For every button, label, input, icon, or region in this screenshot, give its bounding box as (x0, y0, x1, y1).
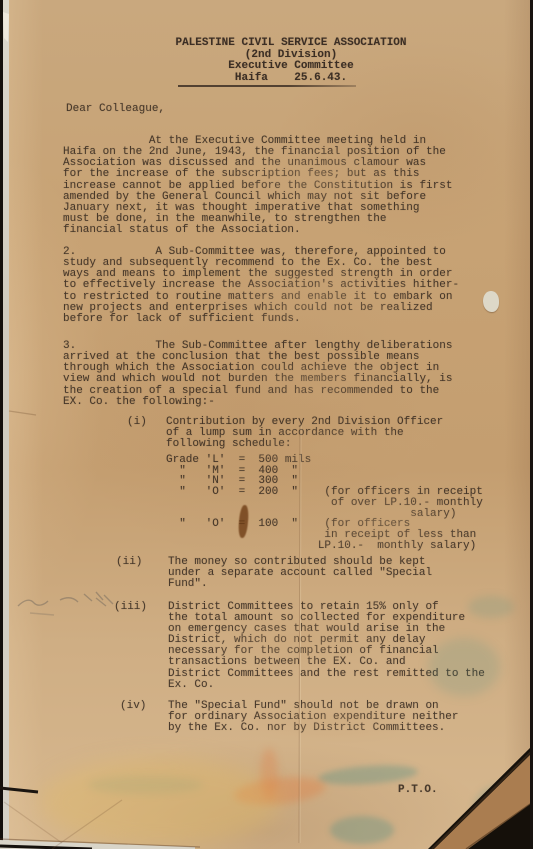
letterhead-association: PALESTINE CIVIL SERVICE ASSOCIATION (161, 38, 421, 50)
letterhead-committee: Executive Committee (161, 61, 421, 73)
item-i-label: (i) (127, 417, 147, 428)
paper-hole (483, 291, 499, 312)
item-iii-text: District Committees to retain 15% only o… (168, 602, 485, 691)
item-iv-text: The "Special Fund" should not be drawn o… (168, 701, 458, 734)
pto-note: P.T.O. (398, 785, 438, 796)
paragraph-3: 3. The Sub-Committee after lengthy delib… (63, 341, 452, 408)
salutation: Dear Colleague, (66, 104, 165, 115)
paragraph-2: 2. A Sub-Committee was, therefore, appoi… (63, 247, 459, 325)
letterhead-date: Haifa 25.6.43. (161, 73, 421, 85)
paragraph-1: At the Executive Committee meeting held … (63, 136, 452, 236)
date-underline (178, 85, 356, 87)
item-iii-label: (iii) (114, 602, 147, 613)
item-ii-label: (ii) (116, 557, 142, 568)
contribution-schedule: Grade 'L' = 500 mils " 'M' = 400 " " 'N'… (166, 455, 483, 551)
item-i-text: Contribution by every 2nd Division Offic… (166, 417, 443, 450)
photo-frame: PALESTINE CIVIL SERVICE ASSOCIATION (2nd… (0, 0, 533, 849)
item-iv-label: (iv) (120, 701, 146, 712)
item-ii-text: The money so contributed should be kept … (168, 557, 432, 590)
